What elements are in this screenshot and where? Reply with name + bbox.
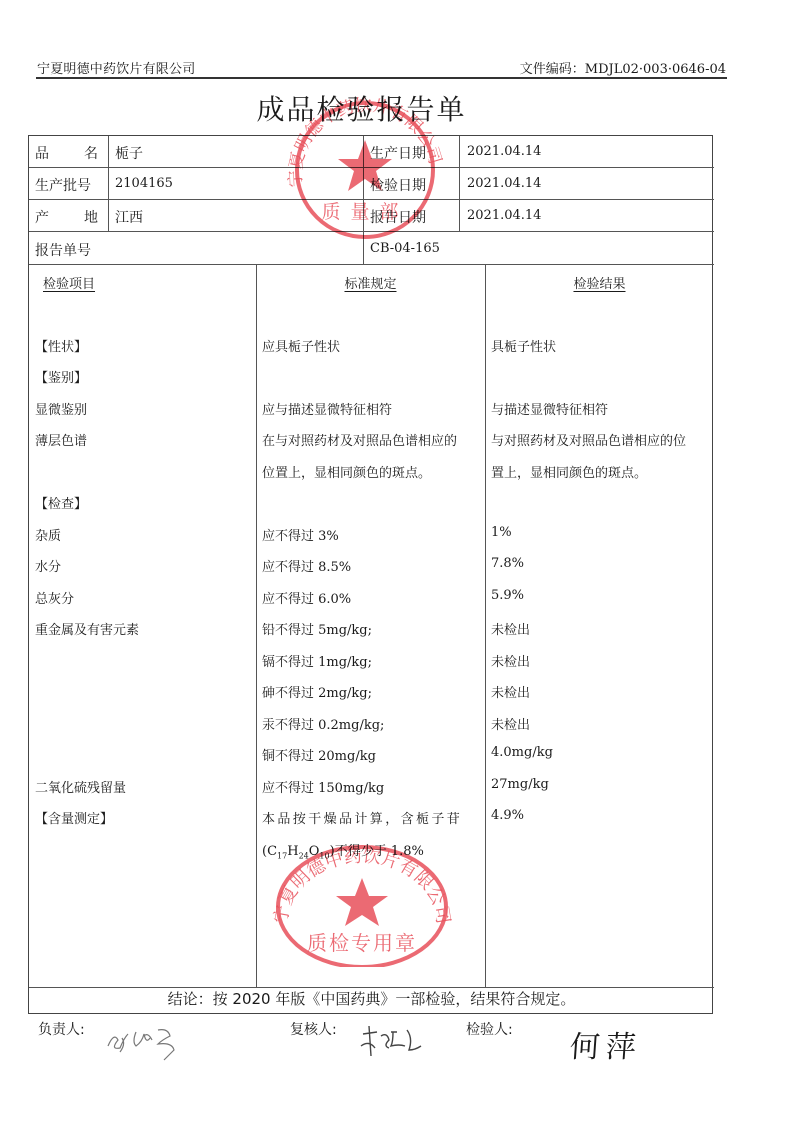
reviewer-label: 复核人: xyxy=(290,1019,337,1039)
report-date-label: 报告日期 xyxy=(370,207,426,227)
batch-value: 2104165 xyxy=(115,176,173,191)
row-item: 【性状】 xyxy=(35,336,87,355)
row-result: 未检出 xyxy=(491,619,530,638)
name-value: 栀子 xyxy=(115,143,143,163)
report-number-label: 报告单号 xyxy=(35,240,91,260)
row-standard: 位置上，显相同颜色的斑点。 xyxy=(262,462,431,481)
row-divider xyxy=(29,231,714,232)
row-standard: 砷不得过 2mg/kg; xyxy=(262,682,372,701)
row-item: 二氧化硫残留量 xyxy=(35,777,126,796)
test-date-label: 检验日期 xyxy=(370,175,426,195)
row-result: 未检出 xyxy=(491,651,530,670)
col-divider xyxy=(256,264,257,987)
row-result: 4.0mg/kg xyxy=(491,745,553,760)
responsible-label: 负责人: xyxy=(38,1019,85,1039)
row-result: 具栀子性状 xyxy=(491,336,556,355)
conclusion: 结论：按 2020 年版《中国药典》一部检验，结果符合规定。 xyxy=(29,988,714,1009)
row-divider xyxy=(29,264,714,265)
row-result: 未检出 xyxy=(491,714,530,733)
inspector-signature: 何萍 xyxy=(568,1022,643,1066)
row-item: 【含量测定】 xyxy=(35,808,113,827)
row-item: 重金属及有害元素 xyxy=(35,619,139,638)
row-result: 5.9% xyxy=(491,588,524,603)
document-code: 文件编码：MDJL02·003·0646-04 xyxy=(520,58,726,77)
row-result: 与对照药材及对照品色谱相应的位 xyxy=(491,430,686,449)
batch-label: 生产批号 xyxy=(35,175,91,195)
row-result: 1% xyxy=(491,525,512,540)
production-date-label: 生产日期 xyxy=(370,143,426,163)
row-divider xyxy=(29,167,714,168)
row-item: 水分 xyxy=(35,556,61,575)
row-standard: 应不得过 6.0% xyxy=(262,588,351,607)
column-header-item: 检验项目 xyxy=(43,273,95,292)
col-divider xyxy=(108,136,109,232)
row-divider xyxy=(29,199,714,200)
reviewer-signature xyxy=(355,1020,425,1064)
page-title: 成品检验报告单 xyxy=(0,88,723,128)
assay-formula: (C17H24O10)不得少于 1.8% xyxy=(262,840,424,861)
row-standard: 在与对照药材及对照品色谱相应的 xyxy=(262,430,457,449)
row-result: 7.8% xyxy=(491,556,524,571)
row-result: 4.9% xyxy=(491,808,524,823)
row-standard: 应不得过 3% xyxy=(262,525,339,544)
col-divider xyxy=(485,264,486,987)
col-divider xyxy=(459,136,460,232)
origin-value: 江西 xyxy=(115,207,143,227)
origin-label: 产地 xyxy=(35,207,98,227)
row-standard: 应与描述显微特征相符 xyxy=(262,399,392,418)
production-date-value: 2021.04.14 xyxy=(467,144,541,159)
row-standard: 本品按干燥品计算，含栀子苷 xyxy=(262,808,462,827)
header-divider xyxy=(36,77,727,79)
name-label: 品名 xyxy=(35,143,98,163)
test-date-value: 2021.04.14 xyxy=(467,176,541,191)
row-standard: 汞不得过 0.2mg/kg; xyxy=(262,714,384,733)
row-item: 显微鉴别 xyxy=(35,399,87,418)
row-standard: 应不得过 8.5% xyxy=(262,556,351,575)
row-item: 【检查】 xyxy=(35,493,87,512)
row-item: 总灰分 xyxy=(35,588,74,607)
row-result: 27mg/kg xyxy=(491,777,549,792)
row-standard: 铅不得过 5mg/kg; xyxy=(262,619,372,638)
col-divider xyxy=(363,136,364,264)
report-date-value: 2021.04.14 xyxy=(467,208,541,223)
row-standard: 应具栀子性状 xyxy=(262,336,340,355)
row-result: 与描述显微特征相符 xyxy=(491,399,608,418)
row-item: 薄层色谱 xyxy=(35,430,87,449)
row-standard: 应不得过 150mg/kg xyxy=(262,777,384,796)
report-table: 品名 栀子 生产日期 2021.04.14 生产批号 2104165 检验日期 … xyxy=(28,135,713,1014)
row-result: 未检出 xyxy=(491,682,530,701)
report-number-value: CB-04-165 xyxy=(370,241,440,256)
row-item: 杂质 xyxy=(35,525,61,544)
column-header-result: 检验结果 xyxy=(485,273,714,292)
row-standard: 镉不得过 1mg/kg; xyxy=(262,651,372,670)
company-name: 宁夏明德中药饮片有限公司 xyxy=(37,58,195,77)
row-item: 【鉴别】 xyxy=(35,367,87,386)
row-standard: 铜不得过 20mg/kg xyxy=(262,745,376,764)
responsible-signature xyxy=(100,1016,190,1062)
document-code-label: 文件编码： xyxy=(520,62,585,77)
row-result: 置上，显相同颜色的斑点。 xyxy=(491,462,647,481)
inspector-label: 检验人: xyxy=(466,1019,513,1039)
column-header-standard: 标准规定 xyxy=(256,273,485,292)
document-code-value: MDJL02·003·0646-04 xyxy=(585,62,726,77)
